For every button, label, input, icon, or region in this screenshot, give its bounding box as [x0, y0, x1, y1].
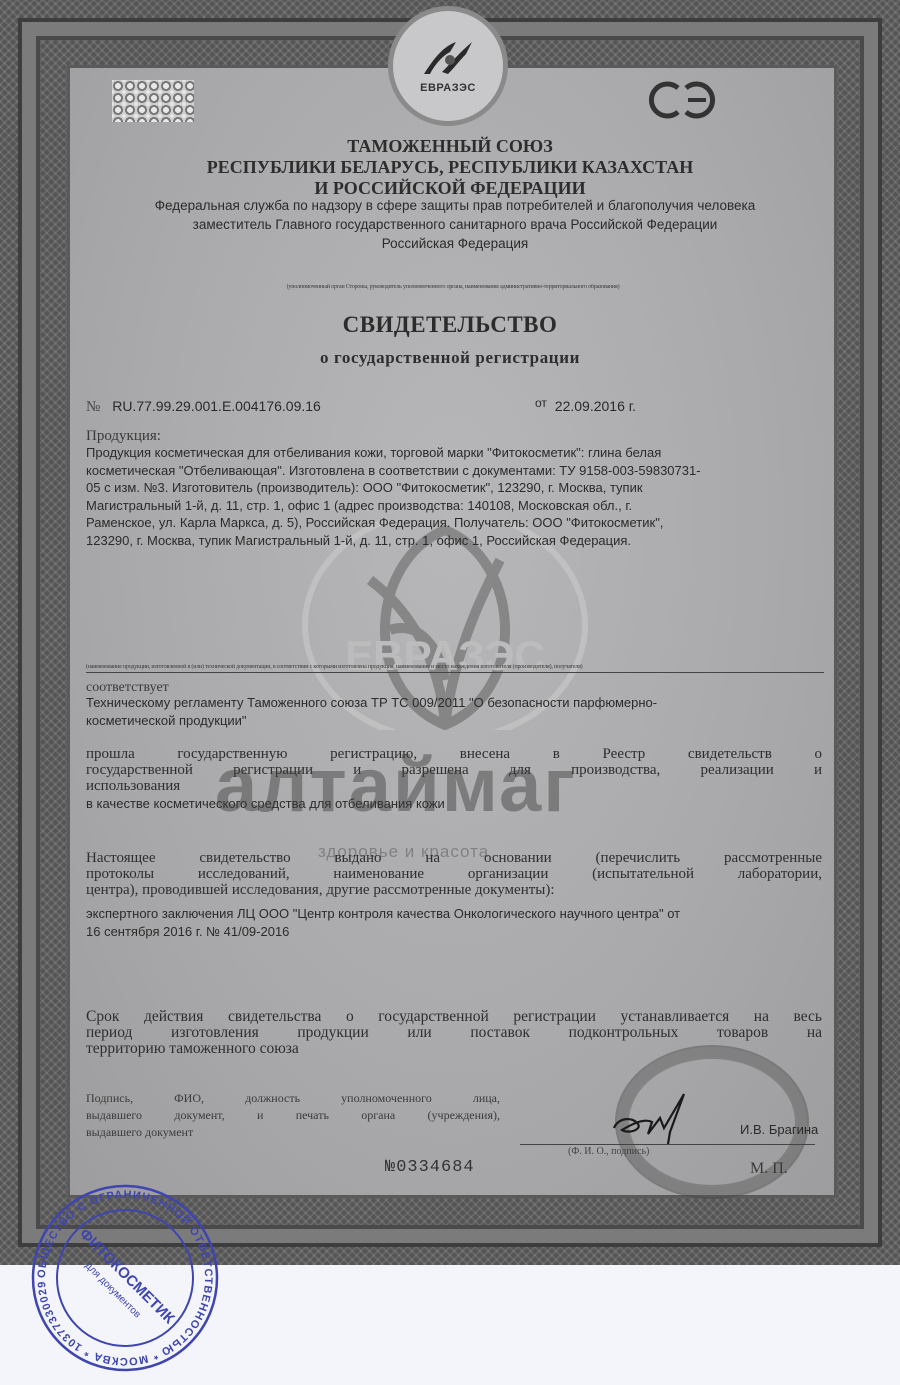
validity-line: период изготовления продукции или постав… — [86, 1025, 822, 1041]
agency-line: Федеральная служба по надзору в сфере за… — [95, 196, 815, 215]
union-line: РЕСПУБЛИКИ БЕЛАРУСЬ, РЕСПУБЛИКИ КАЗАХСТА… — [110, 157, 790, 178]
document-subtitle: о государственной регистрации — [0, 348, 900, 368]
regulation-line: Техническому регламенту Таможенного союз… — [86, 694, 826, 712]
product-line: косметическая "Отбеливающая". Изготовлен… — [86, 462, 826, 480]
number-sign: № — [86, 399, 100, 415]
eaes-swoosh-icon — [420, 38, 476, 78]
regulation-line: косметической продукции" — [86, 712, 826, 730]
product-underline — [86, 672, 824, 673]
basis-line: центра), проводившей исследования, други… — [86, 882, 822, 898]
document-title: СВИДЕТЕЛЬСТВО — [0, 312, 900, 338]
signer-name: И.В. Брагина — [740, 1122, 818, 1137]
handwritten-signature-icon — [608, 1088, 698, 1148]
validity-line: Срок действия свидетельства о государств… — [86, 1009, 822, 1025]
date-label: от — [535, 396, 547, 410]
basis-value-line: экспертного заключения ЛЦ ООО "Центр кон… — [86, 905, 826, 923]
registration-number: RU.77.99.29.001.Е.004176.09.16 — [112, 398, 321, 414]
agency-line: заместитель Главного государственного са… — [95, 215, 815, 234]
signature-caption-line: Подпись, ФИО, должность уполномоченного … — [86, 1090, 500, 1107]
product-description: Продукция косметическая для отбеливания … — [86, 444, 826, 549]
product-line: 123290, г. Москва, тупик Магистральный 1… — [86, 532, 826, 550]
fio-caption: (Ф. И. О., подпись) — [568, 1146, 649, 1157]
conformity-regulation: Техническому регламенту Таможенного союз… — [86, 694, 826, 729]
altaimag-watermark: алтаймаг — [215, 742, 577, 829]
eaes-emblem: ЕВРАЗЭС — [388, 6, 508, 126]
customs-union-heading: ТАМОЖЕННЫЙ СОЮЗ РЕСПУБЛИКИ БЕЛАРУСЬ, РЕС… — [110, 136, 790, 199]
signature-caption: Подпись, ФИО, должность уполномоченного … — [86, 1090, 500, 1141]
product-line: Продукция косметическая для отбеливания … — [86, 444, 826, 462]
signature-underline — [520, 1144, 815, 1145]
product-label: Продукция: — [86, 428, 161, 445]
basis-line: протоколы исследований, наименование орг… — [86, 866, 822, 882]
union-line: ТАМОЖЕННЫЙ СОЮЗ — [110, 136, 790, 157]
form-serial-number: №0334684 — [385, 1158, 475, 1177]
product-line: 05 с изм. №3. Изготовитель (производител… — [86, 479, 826, 497]
basis-statement: Настоящее свидетельство выдано на основа… — [86, 850, 822, 898]
stamp-place-label: М. П. — [750, 1160, 788, 1178]
product-line: Раменское, ул. Карла Маркса, д. 5), Росс… — [86, 514, 826, 532]
security-hologram — [112, 80, 194, 122]
eaes-label: ЕВРАЗЭС — [420, 82, 476, 94]
product-line: Магистральный 1-й, д. 11, стр. 1, офис 1… — [86, 497, 826, 515]
conformity-mark-icon — [640, 80, 730, 120]
signature-caption-line: выдавшего документ — [86, 1124, 500, 1141]
signature-caption-line: выдавшего документ, и печать органа (учр… — [86, 1107, 500, 1124]
registration-number-row: № RU.77.99.29.001.Е.004176.09.16 — [86, 398, 321, 416]
agency-caption: (уполномоченный орган Стороны, руководит… — [148, 284, 758, 290]
basis-line: Настоящее свидетельство выдано на основа… — [86, 850, 822, 866]
basis-value-line: 16 сентября 2016 г. № 41/09-2016 — [86, 923, 826, 941]
product-caption: (наименование продукции, изготовленной в… — [86, 664, 824, 670]
agency-line: Российская Федерация — [95, 234, 815, 253]
basis-documents: экспертного заключения ЛЦ ООО "Центр кон… — [86, 905, 826, 940]
company-stamp-icon: ОБЩЕСТВО С ОГРАНИЧЕННОЙ ОТВЕТСТВЕННОСТЬЮ… — [25, 1178, 225, 1378]
registration-date-row: от 22.09.2016 г. — [535, 396, 636, 414]
issuing-agency: Федеральная служба по надзору в сфере за… — [95, 196, 815, 253]
registration-date: 22.09.2016 г. — [555, 398, 636, 414]
